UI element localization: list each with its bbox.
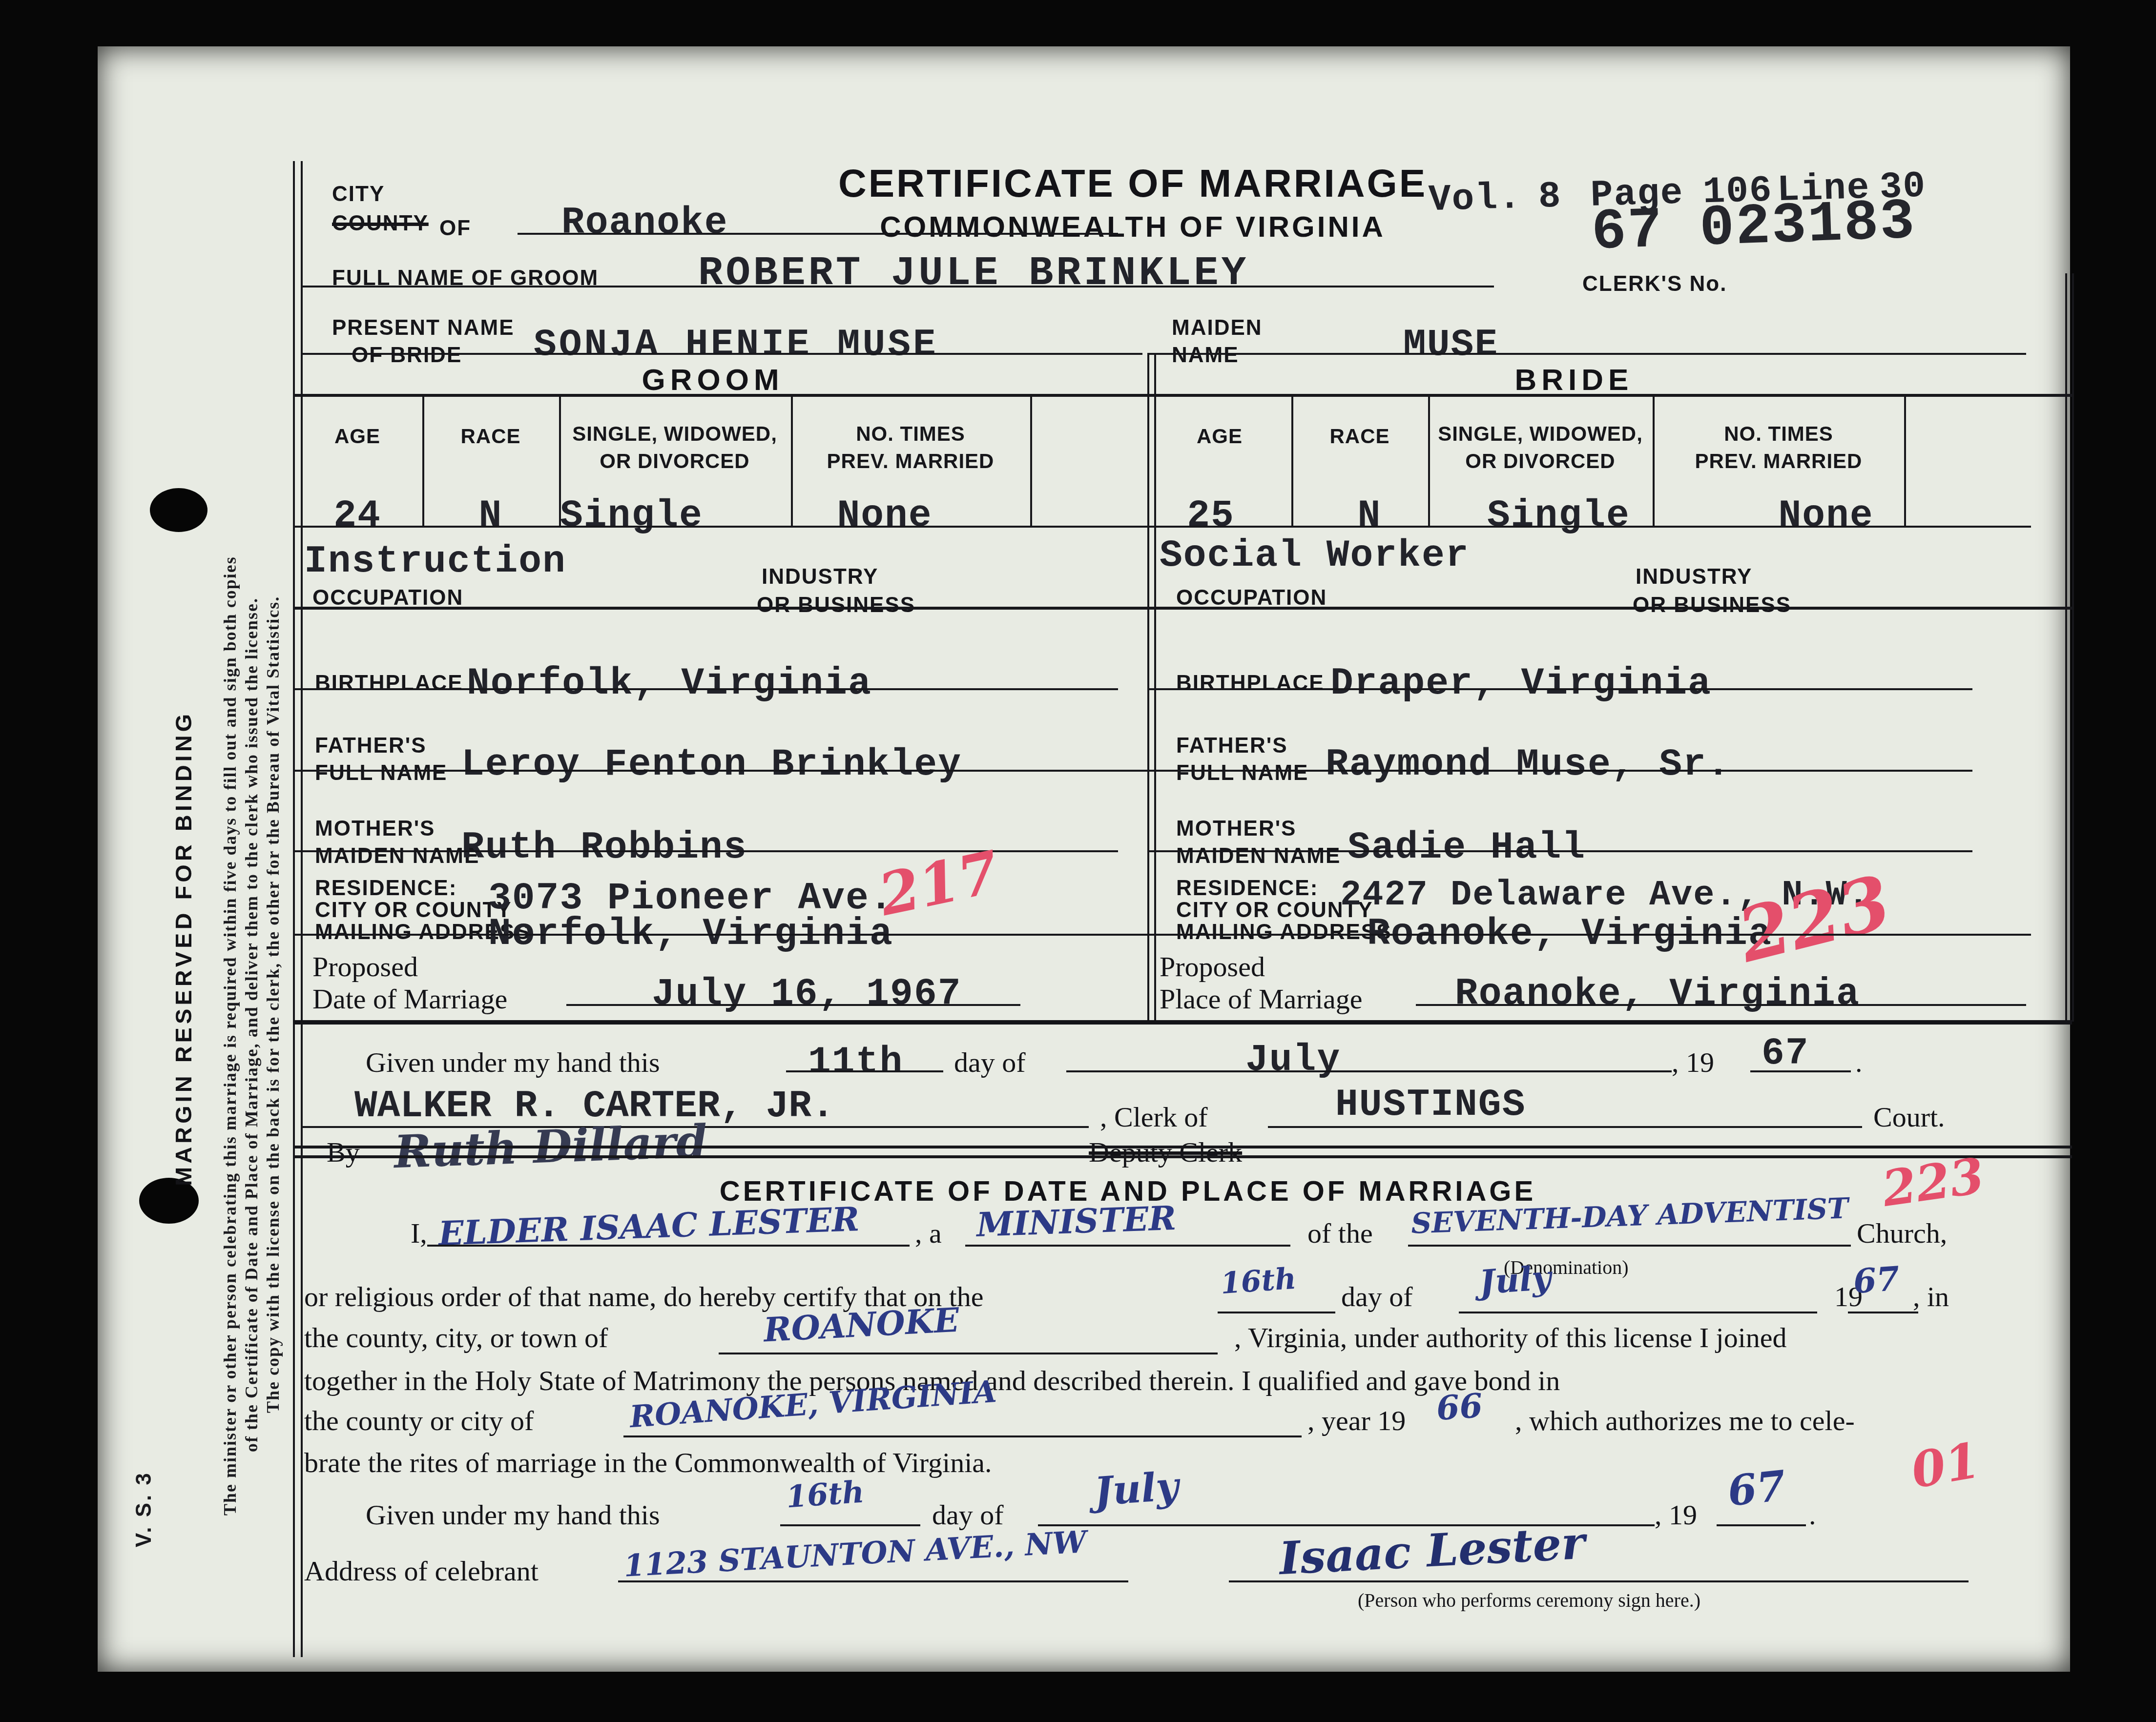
clerk-given-dayof: day of	[954, 1046, 1026, 1079]
county-label-struck: COUNTY	[332, 211, 429, 236]
groom-col-line-1	[422, 394, 424, 526]
city-value: Roanoke	[561, 202, 728, 245]
cert-given-19: , 19	[1655, 1498, 1697, 1531]
groom-race-header: RACE	[460, 425, 520, 448]
groom-father-value: Leroy Fenton Brinkley	[461, 743, 962, 786]
groom-age-value: 24	[333, 494, 381, 537]
groom-name-value: ROBERT JULE BRINKLEY	[698, 250, 1249, 297]
residence-bottom-line-groom	[293, 934, 1147, 936]
bride-father-line	[1147, 770, 1972, 772]
cert-line3a: the county, city, or town of	[304, 1321, 608, 1354]
cert-given-dayof: day of	[932, 1498, 1004, 1531]
groom-father-line	[293, 770, 1147, 772]
city-label: CITY	[332, 182, 385, 206]
cert-line3b: , Virginia, under authority of this lice…	[1234, 1321, 1787, 1354]
bride-residence-label3: MAILING ADDRESS	[1176, 920, 1392, 944]
cert-bond-place-fill	[623, 1435, 1302, 1437]
bride-present-name-value: SONJA HENIE MUSE	[534, 324, 938, 367]
groom-times-value: None	[837, 494, 932, 537]
margin-note-line1: The minister or other person celebrating…	[220, 556, 240, 1516]
form-right-border-inner	[2072, 273, 2074, 1022]
cert-of-the: of the	[1307, 1217, 1373, 1250]
groom-residence-label2: CITY OR COUNTY	[315, 898, 512, 922]
bride-mother-label1: MOTHER'S	[1176, 817, 1296, 841]
vol-value: 8	[1538, 176, 1562, 218]
cert-month-value: July	[1478, 1258, 1552, 1302]
bride-race-value: N	[1358, 494, 1382, 537]
bride-status-value: Single	[1487, 494, 1630, 537]
celebrant-address-line	[618, 1580, 1128, 1582]
clerk-year-fill	[1750, 1070, 1851, 1072]
proposed-place-value: Roanoke, Virginia	[1455, 973, 1860, 1016]
bride-col-line-4	[1904, 394, 1906, 526]
bride-present-name-label2: OF BRIDE	[352, 343, 462, 368]
bride-times-value: None	[1778, 494, 1873, 537]
groom-occupation-value: Instruction	[304, 540, 566, 583]
cert-year-fill	[1848, 1312, 1918, 1313]
cert-church-label: Church,	[1857, 1217, 1947, 1250]
bride-mother-line	[1147, 850, 1972, 852]
cert-given-period: .	[1809, 1498, 1816, 1531]
cert-line6: brate the rites of marriage in the Commo…	[304, 1446, 992, 1479]
clerk-of-label: , Clerk of	[1100, 1101, 1208, 1133]
deputy-clerk-label-struck: Deputy Clerk	[1089, 1136, 1242, 1168]
sign-here-note: (Person who performs ceremony sign here.…	[1358, 1589, 1700, 1612]
clerk-given-year: 67	[1762, 1032, 1809, 1075]
bride-mother-label2: MAIDEN NAME	[1176, 844, 1341, 868]
celebrant-address-value: 1123 STAUNTON AVE., NW	[623, 1524, 1087, 1584]
groom-mother-label2: MAIDEN NAME	[315, 844, 479, 868]
form-number: V. S. 3	[132, 1471, 156, 1547]
groom-col-line-4	[1030, 394, 1032, 526]
bride-status-header2: OR DIVORCED	[1465, 450, 1615, 473]
certificate-paper: V. S. 3 MARGIN RESERVED FOR BINDING The …	[98, 46, 2070, 1672]
by-row-strike-line-2	[293, 1155, 2072, 1158]
by-label: By	[327, 1136, 360, 1168]
bride-present-name-label1: PRESENT NAME	[332, 316, 515, 340]
celebrant-address-label: Address of celebrant	[304, 1555, 539, 1587]
groom-residence-label1: RESIDENCE:	[315, 876, 457, 901]
bride-col-line-2	[1428, 394, 1430, 526]
clerk-given-month: July	[1245, 1039, 1341, 1082]
cert-i-label: I,	[411, 1217, 427, 1250]
form-right-border-outer	[2065, 273, 2067, 1022]
groom-birthplace-label: BIRTHPLACE	[315, 671, 463, 696]
groom-status-value: Single	[560, 494, 703, 537]
groom-birthplace-line	[293, 688, 1118, 690]
cert-month-fill	[1459, 1312, 1817, 1313]
groom-values-underline	[293, 526, 1147, 528]
groom-times-header1: NO. TIMES	[856, 422, 965, 446]
groom-mother-line	[293, 850, 1118, 852]
binding-margin-label: MARGIN RESERVED FOR BINDING	[170, 711, 197, 1186]
bride-status-header1: SINGLE, WIDOWED,	[1438, 422, 1643, 446]
bride-birthplace-line	[1147, 688, 1972, 690]
maiden-name-label1: MAIDEN	[1172, 316, 1263, 340]
punch-hole-top	[150, 488, 207, 532]
bride-age-value: 25	[1187, 494, 1235, 537]
by-row-strike-line-1	[293, 1146, 2072, 1148]
residence-bottom-line-bride	[1147, 934, 2031, 936]
bride-col-line-3	[1653, 394, 1655, 526]
proposed-date-fill-line	[566, 1004, 1020, 1006]
clerk-no-label: CLERK'S No.	[1582, 272, 1727, 296]
groom-col-line-3	[791, 394, 793, 526]
cert-comma-a: , a	[915, 1217, 942, 1250]
page-title: CERTIFICATE OF MARRIAGE	[838, 161, 1427, 206]
page-subtitle: COMMONWEALTH OF VIRGINIA	[880, 210, 1385, 244]
of-label: OF	[439, 216, 471, 241]
court-label: Court.	[1873, 1101, 1945, 1133]
city-fill-line	[518, 233, 1118, 235]
bride-race-header: RACE	[1329, 425, 1389, 448]
bride-mother-value: Sadie Hall	[1347, 826, 1586, 869]
maiden-name-value: MUSE	[1403, 324, 1498, 367]
bride-col-line-1	[1291, 394, 1293, 526]
bride-values-underline	[1147, 526, 2031, 528]
groom-industry-label2: OR BUSINESS	[757, 593, 915, 617]
cert-year-value: 67	[1852, 1259, 1901, 1301]
proposed-date-value: July 16, 1967	[652, 973, 962, 1016]
court-name-value: HUSTINGS	[1335, 1084, 1526, 1127]
clerk-day-fill	[786, 1070, 943, 1072]
clerk-given-prefix: Given under my hand this	[366, 1046, 660, 1079]
groom-times-header2: PREV. MARRIED	[827, 450, 995, 473]
groom-status-header1: SINGLE, WIDOWED,	[572, 422, 777, 446]
form-left-border-inner	[301, 161, 303, 1657]
bride-name-fill-line	[303, 353, 1142, 355]
groom-father-label2: FULL NAME	[315, 761, 447, 785]
bride-father-value: Raymond Muse, Sr.	[1326, 743, 1731, 786]
bride-industry-label1: INDUSTRY	[1636, 565, 1752, 589]
center-divider-inner	[1154, 353, 1156, 1022]
cert-line5c: , which authorizes me to cele-	[1515, 1404, 1855, 1437]
groom-proposed-label: Proposed	[312, 950, 418, 983]
cert-given-prefix: Given under my hand this	[366, 1498, 660, 1531]
cert-day-value: 16th	[1220, 1262, 1297, 1301]
groom-section-header: GROOM	[642, 363, 784, 397]
groom-birthplace-value: Norfolk, Virginia	[467, 662, 872, 705]
margin-note-line2: of the Certificate of Date and Place of …	[241, 597, 262, 1452]
clerk-given-period: .	[1855, 1046, 1863, 1079]
clerk-given-19: , 19	[1672, 1046, 1714, 1079]
groom-status-header2: OR DIVORCED	[600, 450, 749, 473]
vol-label: Vol.	[1428, 177, 1522, 221]
occupation-bottom-line	[293, 607, 2072, 610]
maiden-name-fill-line	[1147, 353, 2026, 355]
cert-line2d: , in	[1913, 1280, 1949, 1313]
cert-given-day-fill	[780, 1524, 920, 1526]
cert-line5b: , year 19	[1307, 1404, 1406, 1437]
cert-red-01: 01	[1907, 1431, 1984, 1499]
cert-town-fill	[719, 1353, 1218, 1354]
bride-father-label1: FATHER'S	[1176, 734, 1288, 758]
cert-role: MINISTER	[976, 1199, 1177, 1245]
bride-industry-label2: OR BUSINESS	[1633, 593, 1791, 617]
bride-proposed-label: Proposed	[1160, 950, 1265, 983]
cert-celebrant-line	[427, 1245, 910, 1247]
groom-mother-label1: MOTHER'S	[315, 817, 435, 841]
cert-line2b: day of	[1341, 1280, 1413, 1313]
proposed-place-fill-line	[1416, 1004, 2026, 1006]
bride-residence-label1: RESIDENCE:	[1176, 876, 1318, 901]
celebrant-signature-line	[1229, 1580, 1969, 1582]
groom-mother-value: Ruth Robbins	[461, 826, 747, 869]
form-left-border-outer	[293, 161, 295, 1657]
cert-line5a: the county or city of	[304, 1404, 534, 1437]
clerk-month-fill	[1066, 1070, 1672, 1072]
maiden-name-label2: NAME	[1172, 343, 1239, 368]
groom-father-label1: FATHER'S	[315, 734, 427, 758]
clerk-given-day: 11th	[808, 1041, 903, 1084]
bride-birthplace-label: BIRTHPLACE	[1176, 671, 1325, 696]
cert-given-month: July	[1093, 1463, 1180, 1515]
section-heavy-line	[293, 1020, 2072, 1025]
bride-place-of-marriage-label: Place of Marriage	[1160, 983, 1362, 1015]
groom-date-of-marriage-label: Date of Marriage	[312, 983, 507, 1015]
cert-day-fill	[1218, 1312, 1335, 1313]
celebrant-signature: Isaac Lester	[1278, 1517, 1586, 1585]
bride-father-label2: FULL NAME	[1176, 761, 1308, 785]
groom-name-fill-line	[303, 286, 1494, 287]
cert-given-year-fill	[1717, 1524, 1806, 1526]
groom-age-header: AGE	[334, 425, 380, 448]
cert-given-year: 67	[1725, 1461, 1788, 1516]
bride-times-header1: NO. TIMES	[1724, 422, 1833, 446]
bride-times-header2: PREV. MARRIED	[1695, 450, 1863, 473]
center-divider-outer	[1147, 353, 1149, 1022]
bride-age-header: AGE	[1197, 425, 1243, 448]
cert-given-day: 16th	[785, 1474, 866, 1515]
margin-note-line3: The copy with the license on the back is…	[263, 596, 283, 1413]
cert-role-line	[965, 1245, 1290, 1247]
bride-occupation-value: Social Worker	[1160, 534, 1470, 577]
scanned-page-background: V. S. 3 MARGIN RESERVED FOR BINDING The …	[0, 0, 2156, 1722]
groom-race-value: N	[479, 494, 503, 537]
groom-industry-label1: INDUSTRY	[762, 565, 878, 589]
clerk-number-stamp: 67 023183	[1591, 189, 1917, 266]
bride-birthplace-value: Draper, Virginia	[1330, 662, 1712, 705]
court-name-line	[1268, 1126, 1862, 1128]
cert-church-line	[1408, 1245, 1851, 1247]
cert-bond-year-value: 66	[1435, 1386, 1484, 1428]
bride-section-header: BRIDE	[1515, 363, 1634, 397]
